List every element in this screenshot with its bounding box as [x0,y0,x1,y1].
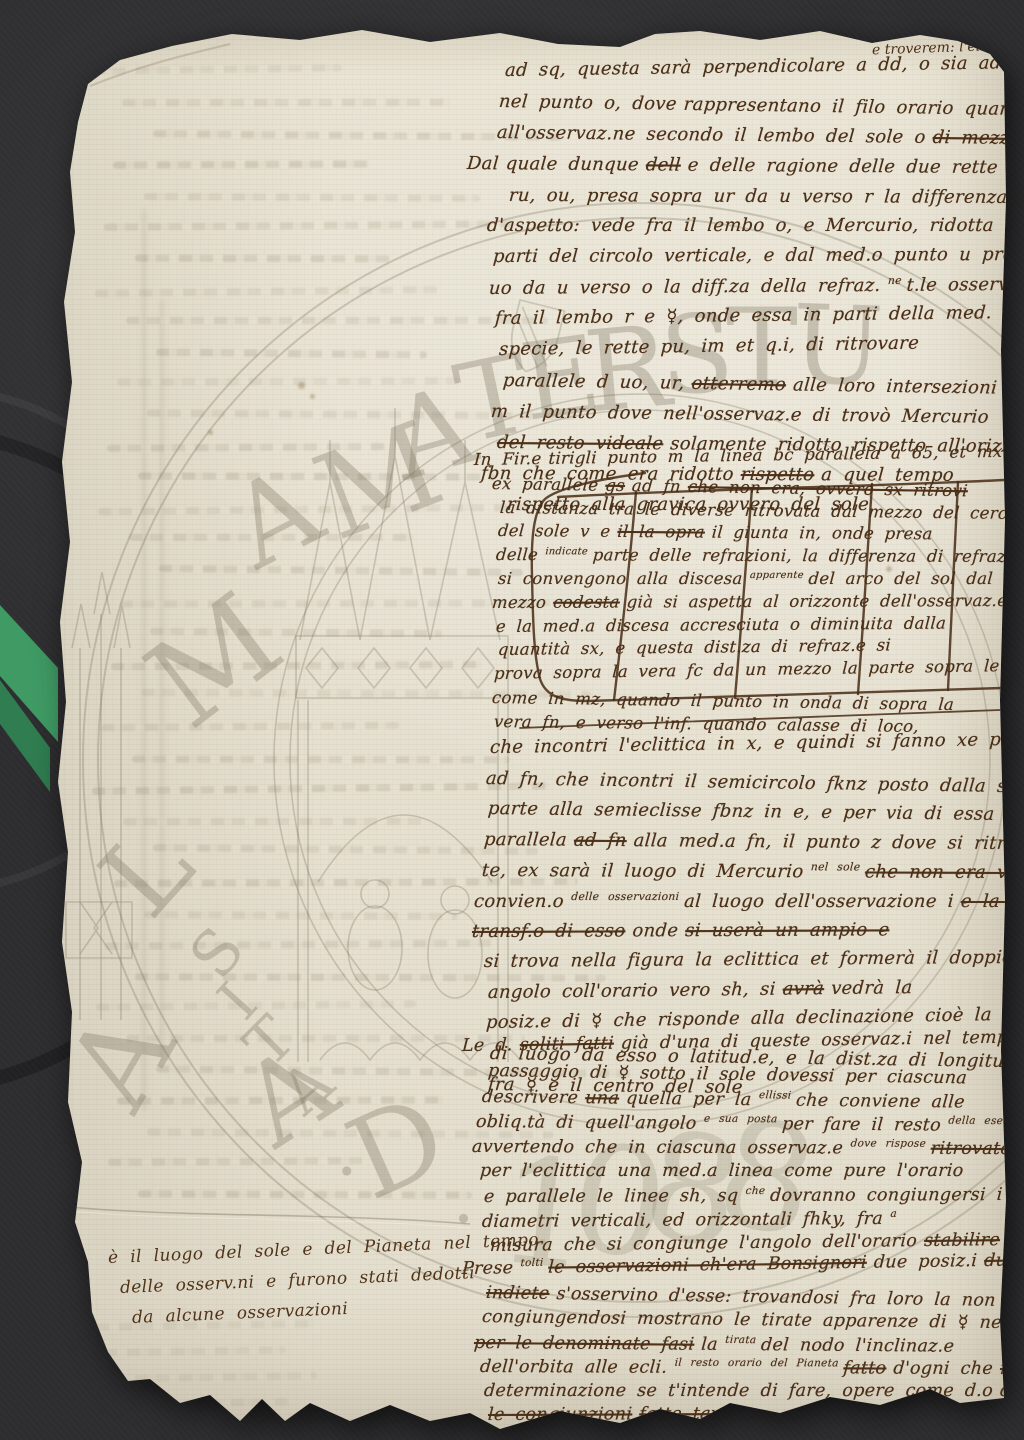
long-strike-line [558,480,1004,497]
paper-wrapper: ALMAMATERSTUSITAA.D.1088 e troverem: l'e… [0,0,1024,1440]
understrike-line [520,710,1000,728]
scanned-manuscript-screenshot: { "page": { "background_color": "#2d2d2f… [0,0,1024,1440]
enclosure-slash [858,484,872,694]
interlinear-insertion: ne [1014,186,1024,199]
handwritten-words: fatta [1018,1139,1024,1159]
enclosure-slash [948,482,958,690]
enclosure-slash [614,492,636,700]
ink-annotations [0,0,1024,1440]
enclosure-slash [735,488,752,698]
ink-enclosure [532,473,1002,701]
struck-words: necessari [999,1359,1024,1379]
manuscript-page: ALMAMATERSTUSITAA.D.1088 e troverem: l'e… [0,0,1024,1440]
